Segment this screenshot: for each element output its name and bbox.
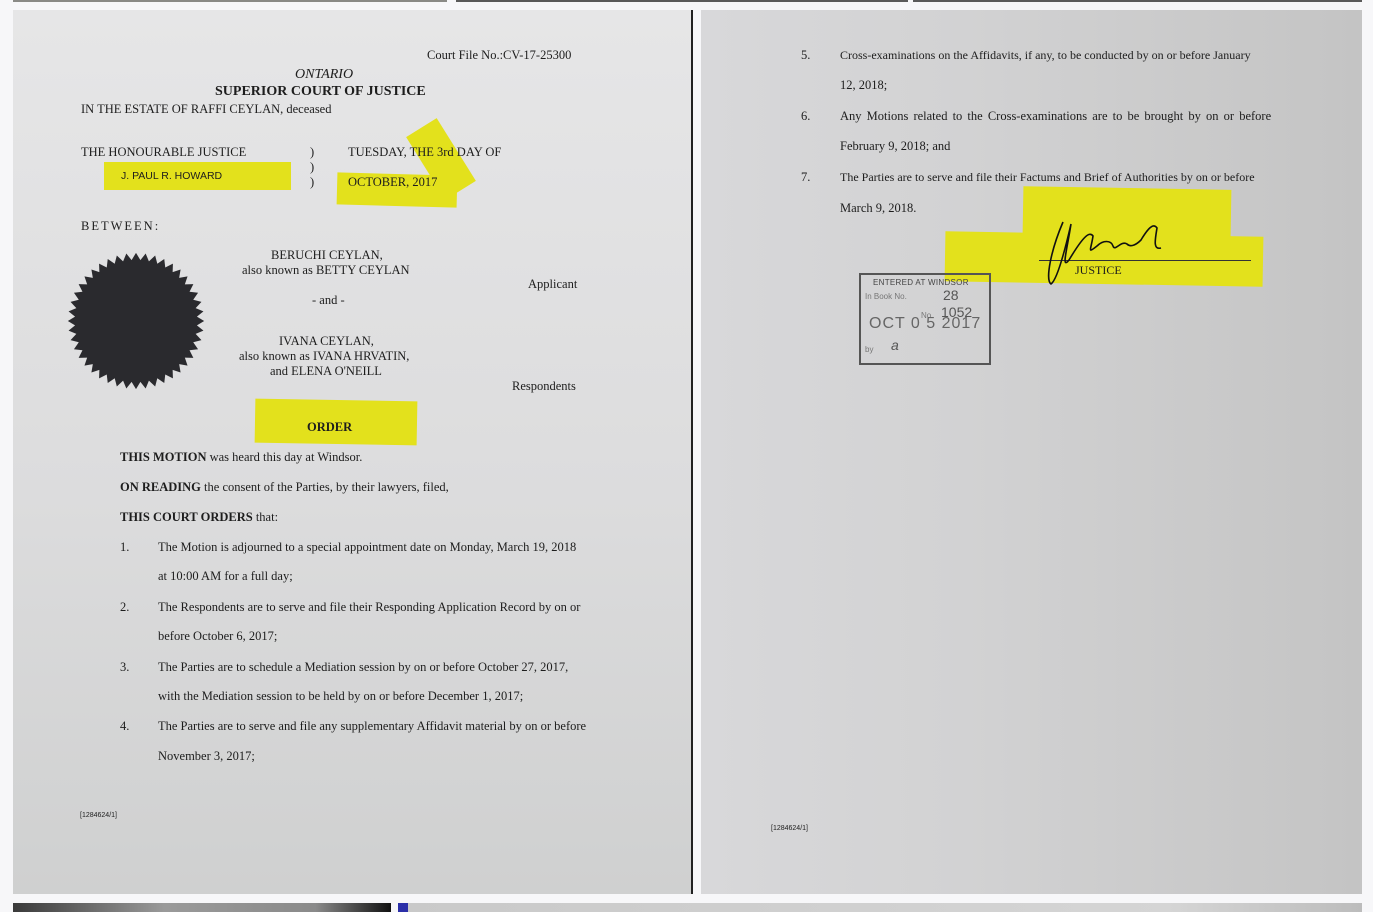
item-number: 1.	[120, 540, 129, 555]
order-title: ORDER	[307, 420, 352, 435]
motion-bold: THIS MOTION	[120, 450, 206, 464]
item-line2: with the Mediation session to be held by…	[158, 689, 523, 704]
item-line1: The Parties are to schedule a Mediation …	[158, 660, 568, 675]
respondent-role: Respondents	[512, 379, 576, 394]
stamp-by-value: a	[891, 337, 899, 353]
item-line1: Cross-examinations on the Affidavits, if…	[840, 48, 1251, 63]
document-photo-page-2[interactable]: 5. Cross-examinations on the Affidavits,…	[701, 10, 1362, 894]
justice-label: THE HONOURABLE JUSTICE	[81, 145, 246, 160]
stamp-book-value: 28	[943, 287, 959, 303]
applicant-name: BERUCHI CEYLAN,	[271, 248, 383, 263]
reading-line: ON READING the consent of the Parties, b…	[120, 480, 449, 495]
item-line2: 12, 2018;	[840, 78, 887, 93]
orders-rest: that:	[253, 510, 278, 524]
item-number: 7.	[801, 170, 810, 185]
thumbnail-strip-2[interactable]	[456, 0, 908, 2]
court-heading: SUPERIOR COURT OF JUSTICE	[215, 84, 426, 100]
item-line2: November 3, 2017;	[158, 749, 255, 764]
item-number: 6.	[801, 109, 810, 124]
stamp-title: ENTERED AT WINDSOR	[873, 278, 969, 287]
item-number: 3.	[120, 660, 129, 675]
applicant-aka: also known as BETTY CEYLAN	[242, 263, 410, 278]
item-line1: The Parties are to serve and file their …	[840, 170, 1255, 185]
between-label: BETWEEN:	[81, 219, 160, 234]
item-line2: March 9, 2018.	[840, 201, 916, 216]
respondent-aka-2: and ELENA O'NEILL	[270, 364, 382, 379]
province-heading: ONTARIO	[295, 67, 353, 83]
signature-icon	[1041, 210, 1181, 290]
thumbnail-bottom-2[interactable]	[398, 903, 1362, 912]
item-line1: The Respondents are to serve and file th…	[158, 600, 580, 615]
item-line1: The Motion is adjourned to a special app…	[158, 540, 576, 555]
respondent-aka-1: also known as IVANA HRVATIN,	[239, 349, 409, 364]
entered-stamp: ENTERED AT WINDSOR In Book No. 28 No. 10…	[859, 273, 991, 365]
reading-rest: the consent of the Parties, by their law…	[201, 480, 449, 494]
hearing-date-line2: OCTOBER, 2017	[348, 175, 437, 190]
court-file-number: Court File No.:CV-17-25300	[427, 48, 571, 63]
motion-line: THIS MOTION was heard this day at Windso…	[120, 450, 362, 465]
stamp-date: OCT 0 5 2017	[869, 315, 981, 333]
and-separator: - and -	[312, 293, 345, 308]
stamp-by-label: by	[865, 345, 873, 354]
court-seal-icon	[65, 246, 207, 396]
motion-rest: was heard this day at Windsor.	[206, 450, 362, 464]
item-line2: February 9, 2018; and	[840, 139, 950, 154]
hearing-date-line1: TUESDAY, THE 3rd DAY OF	[348, 145, 501, 160]
orders-line: THIS COURT ORDERS that:	[120, 510, 278, 525]
paren-1: )	[310, 145, 314, 160]
document-id: [1284624/1]	[771, 825, 808, 832]
paren-3: )	[310, 175, 314, 190]
reading-bold: ON READING	[120, 480, 201, 494]
document-photo-page-1[interactable]: Court File No.:CV-17-25300 ONTARIO SUPER…	[13, 10, 693, 894]
estate-line: IN THE ESTATE OF RAFFI CEYLAN, deceased	[81, 102, 331, 117]
item-line1: The Parties are to serve and file any su…	[158, 719, 586, 734]
applicant-role: Applicant	[528, 277, 577, 292]
item-line2: before October 6, 2017;	[158, 629, 277, 644]
item-number: 4.	[120, 719, 129, 734]
item-number: 2.	[120, 600, 129, 615]
thumbnail-strip-1[interactable]	[13, 0, 447, 2]
thumbnail-strip-3[interactable]	[913, 0, 1362, 2]
paren-2: )	[310, 160, 314, 175]
justice-name: J. PAUL R. HOWARD	[121, 170, 222, 182]
thumbnail-bottom-1[interactable]	[13, 903, 391, 912]
item-line2: at 10:00 AM for a full day;	[158, 569, 293, 584]
item-number: 5.	[801, 48, 810, 63]
document-id: [1284624/1]	[80, 812, 117, 819]
item-line1: Any Motions related to the Cross-examina…	[840, 109, 1271, 124]
respondent-name: IVANA CEYLAN,	[279, 334, 374, 349]
orders-bold: THIS COURT ORDERS	[120, 510, 253, 524]
stamp-book-label: In Book No.	[865, 292, 907, 301]
